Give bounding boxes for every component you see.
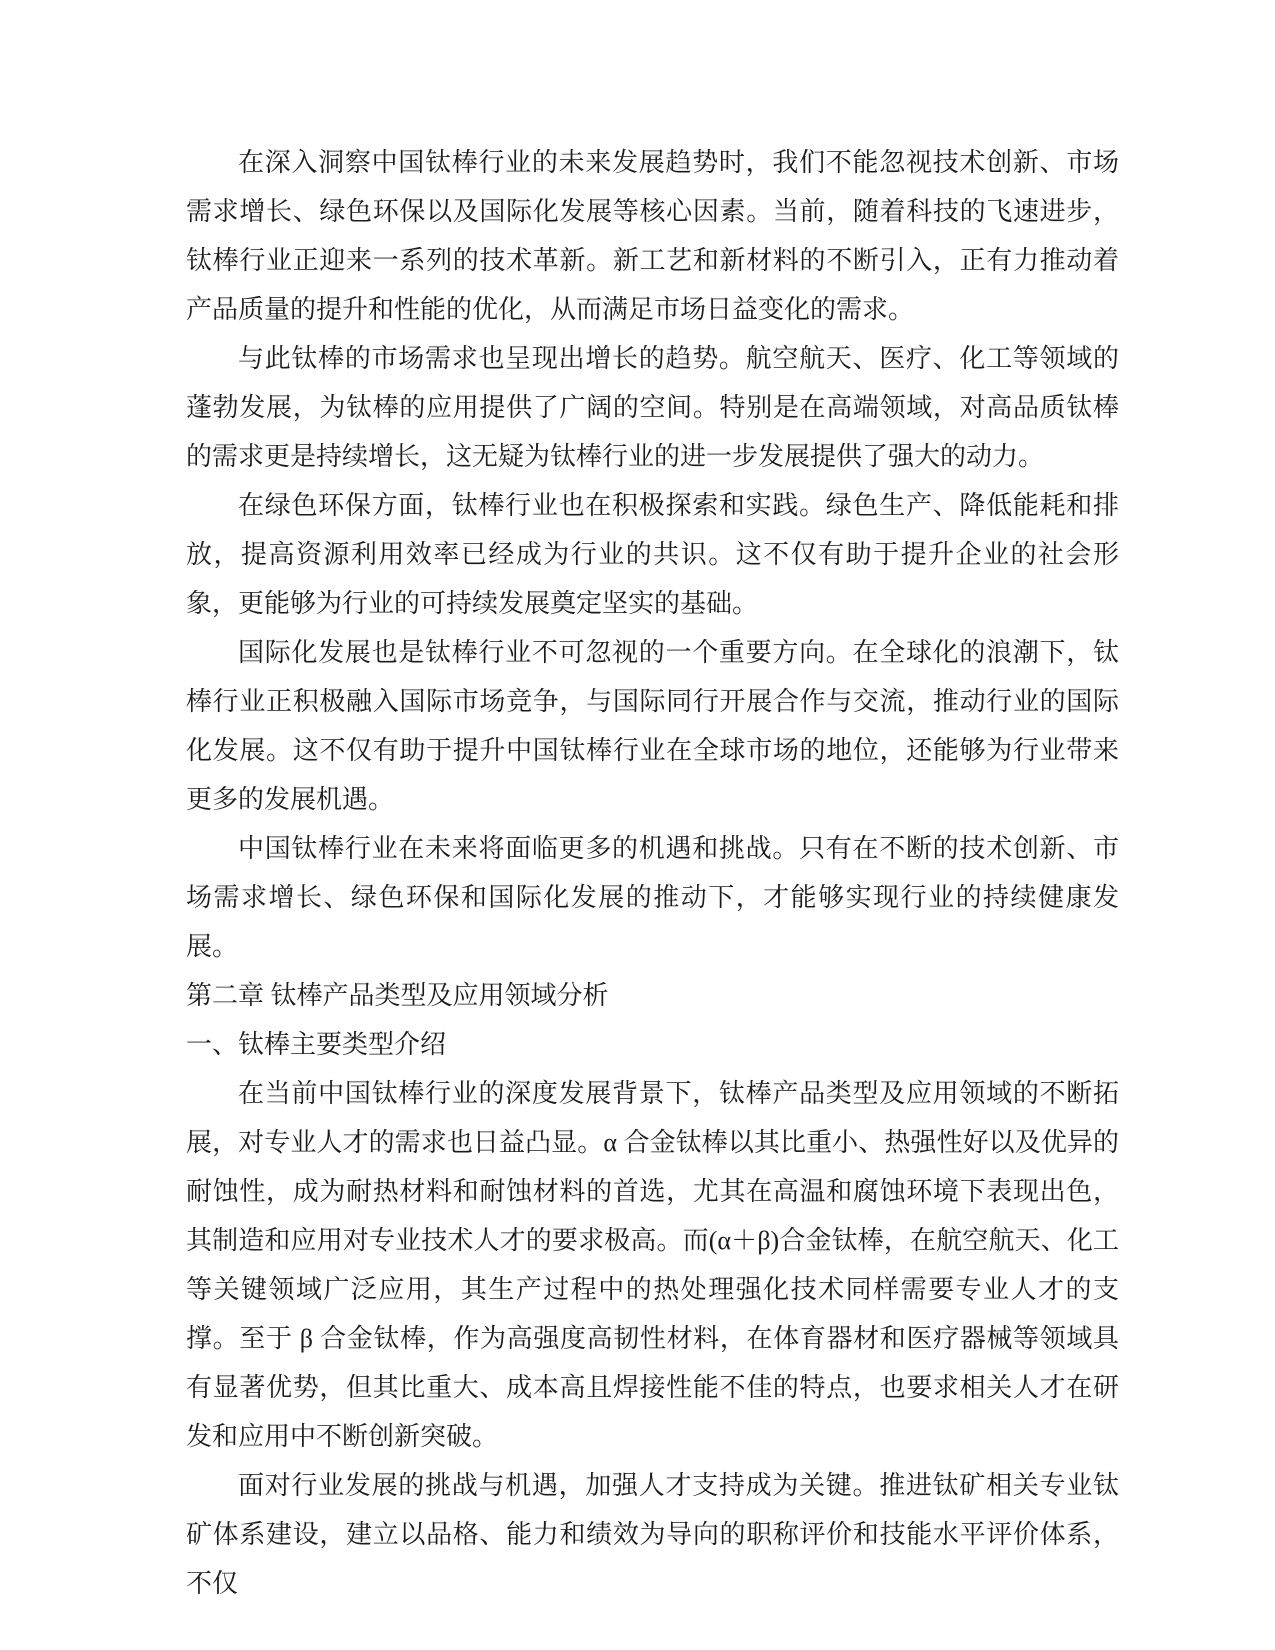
paragraph-market-demand: 与此钛棒的市场需求也呈现出增长的趋势。航空航天、医疗、化工等领域的蓬勃发展，为钛… <box>186 334 1119 481</box>
paragraph-green-environment: 在绿色环保方面，钛棒行业也在积极探索和实践。绿色生产、降低能耗和排放，提高资源利… <box>186 481 1119 628</box>
paragraph-alloy-types: 在当前中国钛棒行业的深度发展背景下，钛棒产品类型及应用领域的不断拓展，对专业人才… <box>186 1069 1119 1461</box>
paragraph-internationalization: 国际化发展也是钛棒行业不可忽视的一个重要方向。在全球化的浪潮下，钛棒行业正积极融… <box>186 628 1119 824</box>
section-heading: 一、钛棒主要类型介绍 <box>186 1020 1119 1069</box>
paragraph-talent-support: 面对行业发展的挑战与机遇，加强人才支持成为关键。推进钛矿相关专业钛矿体系建设，建… <box>186 1461 1119 1608</box>
document-page: 在深入洞察中国钛棒行业的未来发展趋势时，我们不能忽视技术创新、市场需求增长、绿色… <box>0 0 1275 1650</box>
paragraph-opportunities: 中国钛棒行业在未来将面临更多的机遇和挑战。只有在不断的技术创新、市场需求增长、绿… <box>186 824 1119 971</box>
chapter-heading: 第二章 钛棒产品类型及应用领域分析 <box>186 971 1119 1020</box>
paragraph-future-trends: 在深入洞察中国钛棒行业的未来发展趋势时，我们不能忽视技术创新、市场需求增长、绿色… <box>186 138 1119 334</box>
